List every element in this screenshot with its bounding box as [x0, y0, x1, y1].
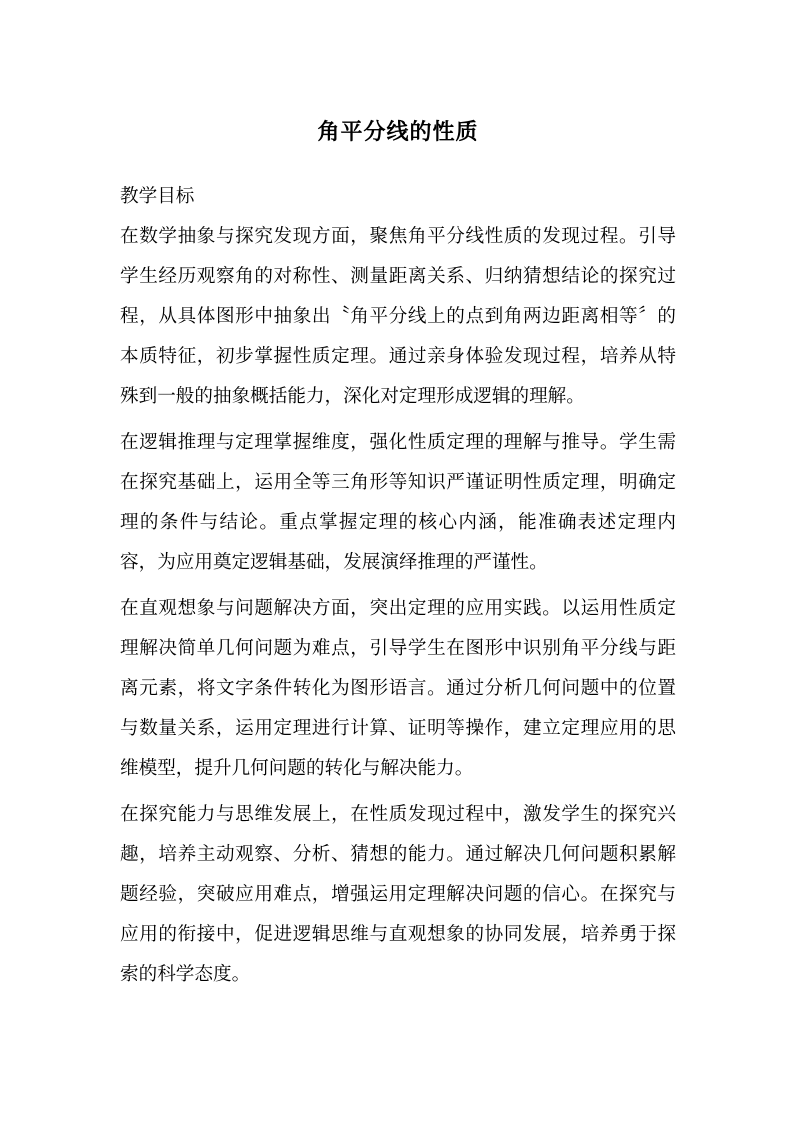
section-heading-teaching-objectives: 教学目标: [120, 177, 676, 217]
paragraph-intuitive-imagination: 在直观想象与问题解决方面，突出定理的应用实践。以运用性质定理解决简单几何问题为难…: [120, 589, 676, 789]
paragraph-math-abstraction: 在数学抽象与探究发现方面，聚焦角平分线性质的发现过程。引导学生经历观察角的对称性…: [120, 217, 676, 417]
paragraph-inquiry-ability: 在探究能力与思维发展上，在性质发现过程中，激发学生的探究兴趣，培养主动观察、分析…: [120, 795, 676, 995]
paragraph-logical-reasoning: 在逻辑推理与定理掌握维度，强化性质定理的理解与推导。学生需在探究基础上，运用全等…: [120, 423, 676, 583]
document-title: 角平分线的性质: [120, 112, 676, 152]
document-page: 角平分线的性质 教学目标 在数学抽象与探究发现方面，聚焦角平分线性质的发现过程。…: [0, 0, 794, 1123]
